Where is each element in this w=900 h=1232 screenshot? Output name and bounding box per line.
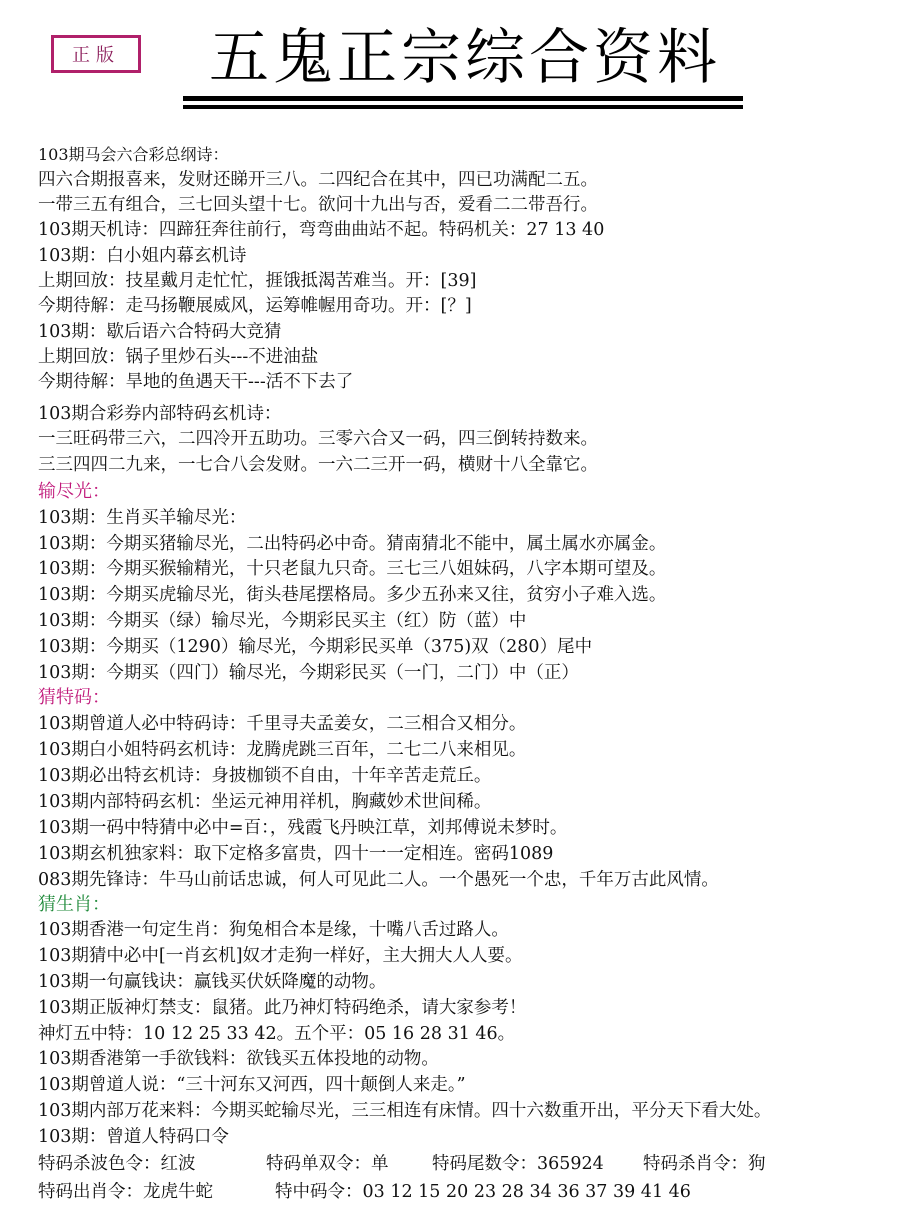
command-value: 龙虎牛蛇 (143, 1182, 213, 1202)
command-label: 特码杀肖令： (643, 1154, 748, 1174)
text-line: 神灯五中特：10 12 25 33 42。五个平：05 16 28 31 46。 (38, 1022, 515, 1046)
text-line: 103期合彩券内部特码玄机诗： (38, 402, 281, 426)
text-line: 今期待解：走马扬鞭展威风，运筹帷幄用奇功。开：[？] (38, 294, 472, 318)
text-line: 上期回放：技星戴月走忙忙，捱饿抵渴苦难当。开：[39] (38, 269, 476, 293)
text-line: 103期天机诗：四蹄狂奔往前行，弯弯曲曲站不起。特码机关：27 13 40 (38, 218, 604, 242)
section-heading: 猜生肖： (38, 893, 110, 917)
command-value: 单 (371, 1154, 389, 1174)
command-value: 365924 (537, 1154, 604, 1174)
text-line: 103期香港一句定生肖：狗兔相合本是缘，十嘴八舌过路人。 (38, 918, 509, 942)
text-line: 103期曾道人必中特码诗：千里寻夫孟姜女，二三相合又相分。 (38, 712, 526, 736)
title-underline-thin (183, 105, 743, 109)
text-line: 103期：生肖买羊输尽光： (38, 506, 246, 530)
text-line: 103期正版神灯禁支：鼠猪。此乃神灯特码绝杀，请大家参考！ (38, 996, 526, 1020)
text-line: 103期白小姐特码玄机诗：龙腾虎跳三百年，二七二八来相见。 (38, 738, 526, 762)
text-line: 103期：今期买虎输尽光，街头巷尾摆格局。多少五孙来又往，贫穷小子难入选。 (38, 583, 666, 607)
command-label: 特码出肖令： (38, 1182, 143, 1202)
text-line: 103期：曾道人特码口令 (38, 1125, 229, 1149)
command-label: 特码单双令： (266, 1154, 371, 1174)
text-line: 一带三五有组合，三七回头望十七。欲问十九出与否，爱看二二带吾行。 (38, 193, 598, 217)
command-item: 特中码令：03 12 15 20 23 28 34 36 37 39 41 46 (275, 1180, 691, 1204)
text-line: 103期一句赢钱诀：赢钱买伏妖降魔的动物。 (38, 970, 386, 994)
text-line: 103期曾道人说：“三十河东又河西，四十颠倒人来走。” (38, 1073, 466, 1097)
command-value: 狗 (748, 1154, 766, 1174)
text-line: 103期：今期买（四门）输尽光，今期彩民买（一门，二门）中（正） (38, 661, 579, 685)
text-line: 083期先锋诗：牛马山前话忠诚，何人可见此二人。一个愚死一个忠，千年万古此风情。 (38, 868, 719, 892)
command-label: 特码杀波色令： (38, 1154, 161, 1174)
text-line: 103期：今期买（绿）输尽光，今期彩民买主（红）防（蓝）中 (38, 609, 526, 633)
text-line: 三三四四二九来，一七合八会发财。一六二三开一码，横财十八全靠它。 (38, 453, 598, 477)
text-line: 103期：白小姐内幕玄机诗 (38, 244, 246, 268)
edition-badge-label: 正版 (72, 41, 120, 67)
text-line: 四六合期报喜来，发财还睇开三八。二四纪合在其中，四已功满配二五。 (38, 168, 598, 192)
text-line: 103期：今期买（1290）输尽光，今期彩民买单（375)双（280）尾中 (38, 635, 592, 659)
text-line: 103期一码中特猜中必中=百：，残霞飞丹映江草，刘邦傅说未梦时。 (38, 816, 567, 840)
text-line: 103期必出特玄机诗：身披枷锁不自由，十年辛苦走荒丘。 (38, 764, 491, 788)
text-line: 103期内部万花来料：今期买蛇输尽光，三三相连有床情。四十六数重开出，平分天下看… (38, 1099, 771, 1123)
text-line: 103期香港第一手欲钱料：欲钱买五体投地的动物。 (38, 1047, 439, 1071)
text-line: 一三旺码带三六，二四冷开五助功。三零六合又一码，四三倒转持数来。 (38, 427, 598, 451)
text-line: 103期内部特码玄机：坐运元神用祥机，胸藏妙术世间稀。 (38, 790, 491, 814)
text-line: 103期玄机独家料：取下定格多富贵，四十一一定相连。密码1089 (38, 842, 553, 866)
text-line: 今期待解：旱地的鱼遇天干---活不下去了 (38, 370, 353, 394)
text-line: 103期：歇后语六合特码大竞猜 (38, 320, 281, 344)
text-line: 上期回放：锅子里炒石头---不进油盐 (38, 345, 318, 369)
command-item: 特码出肖令：龙虎牛蛇 (38, 1180, 213, 1204)
section-heading: 输尽光： (38, 480, 110, 504)
command-label: 特码尾数令： (432, 1154, 537, 1174)
command-item: 特码单双令：单 (266, 1152, 389, 1176)
command-item: 特码杀波色令：红波 (38, 1152, 196, 1176)
command-label: 特中码令： (275, 1182, 363, 1202)
title-underline-thick (183, 96, 743, 101)
edition-badge: 正版 (51, 35, 141, 73)
page-title: 五鬼正宗综合资料 (185, 22, 745, 94)
text-line: 103期：今期买猴输精光，十只老鼠九只奇。三七三八姐妹码，八字本期可望及。 (38, 557, 666, 581)
command-value: 03 12 15 20 23 28 34 36 37 39 41 46 (363, 1182, 691, 1202)
text-line: 103期马会六合彩总纲诗： (38, 143, 229, 167)
section-heading: 猜特码： (38, 686, 110, 710)
command-item: 特码杀肖令：狗 (643, 1152, 766, 1176)
command-item: 特码尾数令：365924 (432, 1152, 604, 1176)
command-value: 红波 (161, 1154, 196, 1174)
text-line: 103期：今期买猪输尽光，二出特码必中奇。猜南猜北不能中，属土属水亦属金。 (38, 532, 666, 556)
text-line: 103期猜中必中[一肖玄机]奴才走狗一样好，主大拥大人人要。 (38, 944, 523, 968)
